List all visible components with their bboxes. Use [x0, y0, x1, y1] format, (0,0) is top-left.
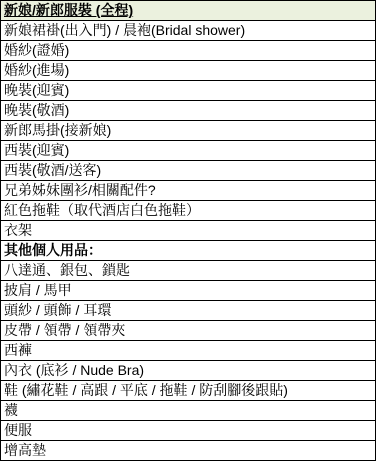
wedding-clothing-checklist-table: 新娘/新郎服裝 (全程) 新娘裙褂(出入門) / 晨袍(Bridal showe… [0, 0, 376, 461]
row-label: 披肩 / 馬甲 [1, 281, 72, 300]
row-label: 晚裝(敬酒) [1, 101, 69, 120]
table-row[interactable]: 婚紗(證婚) [1, 41, 375, 61]
table-row[interactable]: 頭紗 / 頭飾 / 耳環 [1, 301, 375, 321]
table-row[interactable]: 襪 [1, 401, 375, 421]
row-label: 西裝(敬酒/送客) [1, 161, 101, 180]
table-row[interactable]: 增高墊 [1, 441, 375, 460]
row-label: 皮帶 / 領帶 / 領帶夾 [1, 321, 125, 340]
table-row[interactable]: 衣架 [1, 221, 375, 241]
row-label: 其他個人用品： [1, 241, 102, 260]
row-label: 新郎馬掛(接新娘) [1, 121, 111, 140]
row-label: 便服 [1, 421, 32, 440]
row-label: 八達通、銀包、鎖匙 [1, 261, 130, 280]
row-label: 鞋 (繡花鞋 / 高跟 / 平底 / 拖鞋 / 防刮腳後跟貼) [1, 381, 288, 400]
table-row[interactable]: 鞋 (繡花鞋 / 高跟 / 平底 / 拖鞋 / 防刮腳後跟貼) [1, 381, 375, 401]
row-label: 衣架 [1, 221, 32, 240]
table-header-row[interactable]: 新娘/新郎服裝 (全程) [1, 1, 375, 21]
table-header-label: 新娘/新郎服裝 (全程) [1, 1, 133, 20]
table-row[interactable]: 新郎馬掛(接新娘) [1, 121, 375, 141]
table-row[interactable]: 內衣 (底衫 / Nude Bra) [1, 361, 375, 381]
table-row[interactable]: 西裝(迎賓) [1, 141, 375, 161]
row-label: 新娘裙褂(出入門) / 晨袍(Bridal shower) [1, 21, 245, 40]
table-row[interactable]: 西裝(敬酒/送客) [1, 161, 375, 181]
table-row[interactable]: 兄弟姊妹團衫/相關配件? [1, 181, 375, 201]
table-row[interactable]: 晚裝(敬酒) [1, 101, 375, 121]
row-label: 晚裝(迎賓) [1, 81, 69, 100]
table-row[interactable]: 晚裝(迎賓) [1, 81, 375, 101]
table-row[interactable]: 其他個人用品： [1, 241, 375, 261]
row-label: 增高墊 [1, 441, 46, 460]
table-row[interactable]: 紅色拖鞋（取代酒店白色拖鞋） [1, 201, 375, 221]
table-row[interactable]: 披肩 / 馬甲 [1, 281, 375, 301]
table-row[interactable]: 婚紗(進場) [1, 61, 375, 81]
table-row[interactable]: 便服 [1, 421, 375, 441]
row-label: 襪 [1, 401, 18, 420]
row-label: 婚紗(證婚) [1, 41, 69, 60]
table-row[interactable]: 皮帶 / 領帶 / 領帶夾 [1, 321, 375, 341]
row-label: 內衣 (底衫 / Nude Bra) [1, 361, 144, 380]
table-row[interactable]: 新娘裙褂(出入門) / 晨袍(Bridal shower) [1, 21, 375, 41]
row-label: 婚紗(進場) [1, 61, 69, 80]
table-row[interactable]: 八達通、銀包、鎖匙 [1, 261, 375, 281]
row-label: 頭紗 / 頭飾 / 耳環 [1, 301, 111, 320]
row-label: 西褲 [1, 341, 32, 360]
row-label: 紅色拖鞋（取代酒店白色拖鞋） [1, 201, 200, 220]
row-label: 兄弟姊妹團衫/相關配件? [1, 181, 156, 200]
table-row[interactable]: 西褲 [1, 341, 375, 361]
table-body: 新娘裙褂(出入門) / 晨袍(Bridal shower)婚紗(證婚)婚紗(進場… [1, 21, 375, 460]
row-label: 西裝(迎賓) [1, 141, 69, 160]
